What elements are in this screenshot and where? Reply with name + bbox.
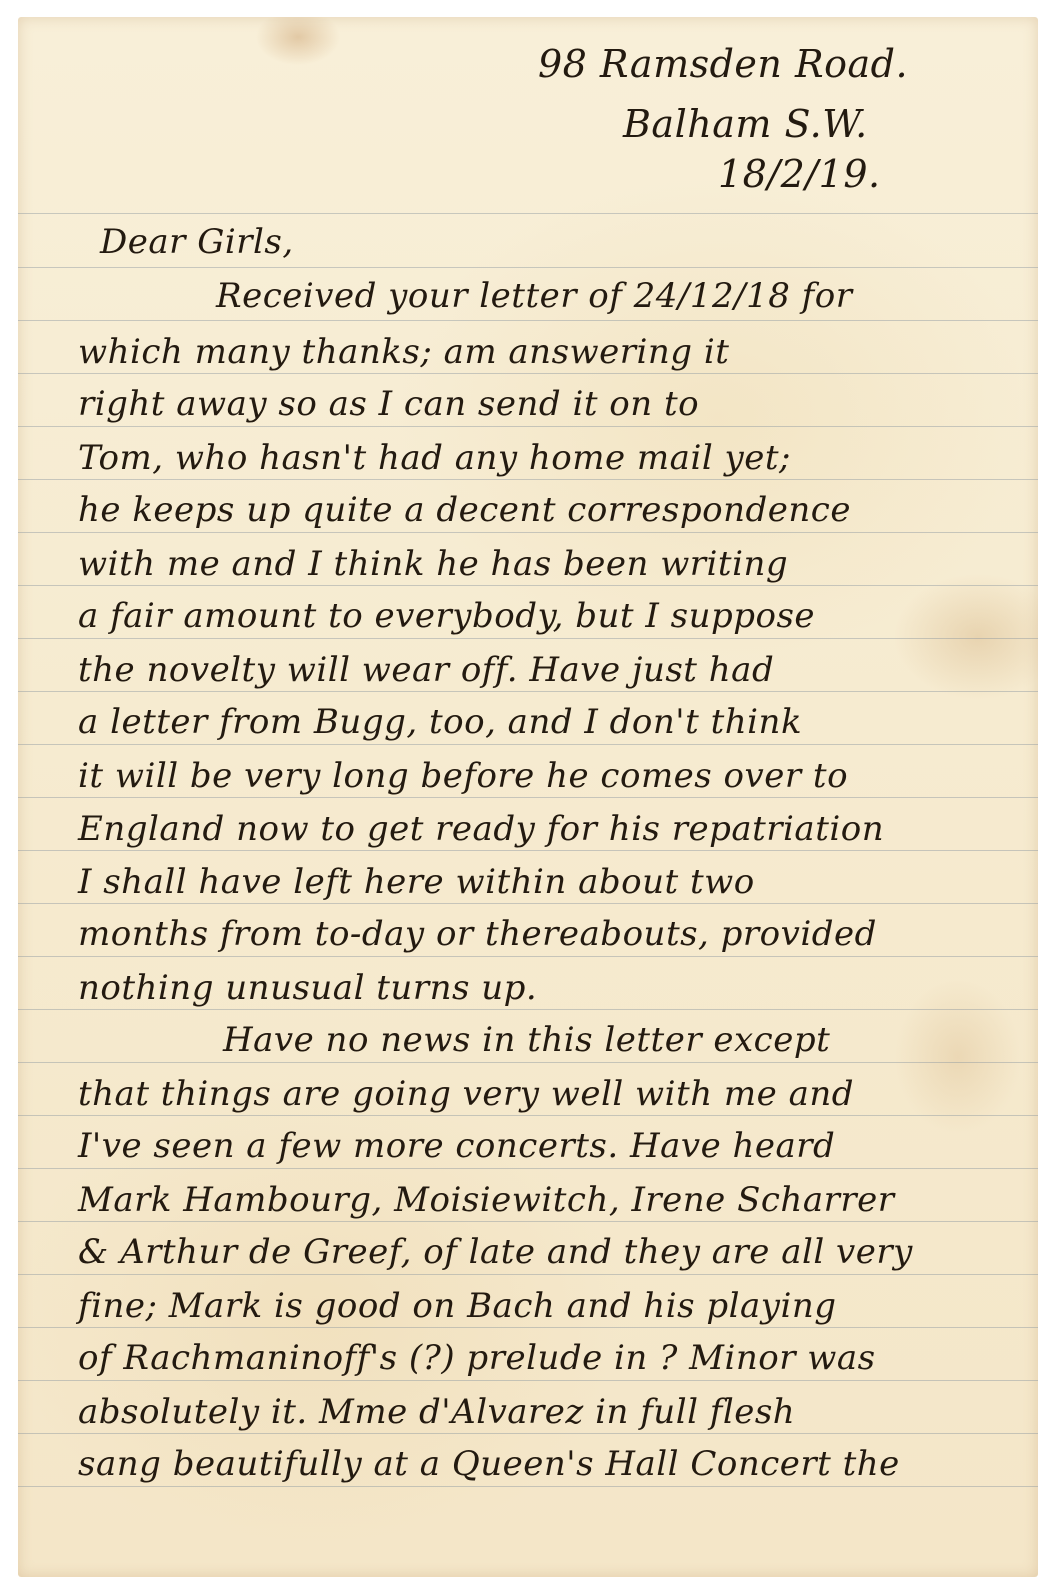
body-line: it will be very long before he comes ove… — [78, 759, 848, 793]
body-line: Have no news in this letter except — [223, 1023, 830, 1057]
ruled-line — [18, 320, 1038, 321]
body-line: with me and I think he has been writing — [78, 547, 788, 581]
ruled-line — [18, 744, 1038, 745]
address-line-2: Balham S.W. — [623, 105, 868, 143]
ruled-line — [18, 1062, 1038, 1063]
body-line: of Rachmaninoff's (?) prelude in ? Minor… — [78, 1341, 876, 1375]
body-line: he keeps up quite a decent correspondenc… — [78, 493, 851, 527]
body-line: right away so as I can send it on to — [78, 387, 699, 421]
ruled-line — [18, 903, 1038, 904]
ruled-line — [18, 956, 1038, 957]
ruled-line — [18, 532, 1038, 533]
body-line: nothing unusual turns up. — [78, 971, 537, 1005]
ruled-line — [18, 1115, 1038, 1116]
body-line: sang beautifully at a Queen's Hall Conce… — [78, 1447, 900, 1481]
body-line: a letter from Bugg, too, and I don't thi… — [78, 705, 802, 739]
body-line: England now to get ready for his repatri… — [78, 812, 884, 846]
body-line: fine; Mark is good on Bach and his playi… — [78, 1289, 837, 1323]
body-line: I shall have left here within about two — [78, 865, 755, 899]
body-line: Received your letter of 24/12/18 for — [216, 279, 852, 313]
ruled-line — [18, 585, 1038, 586]
ruled-line — [18, 426, 1038, 427]
ruled-line — [18, 1327, 1038, 1328]
ruled-line — [18, 1009, 1038, 1010]
body-line: Tom, who hasn't had any home mail yet; — [78, 441, 791, 475]
ruled-line — [18, 1433, 1038, 1434]
ruled-line — [18, 1221, 1038, 1222]
ruled-line — [18, 373, 1038, 374]
ruled-line — [18, 479, 1038, 480]
body-line: a fair amount to everybody, but I suppos… — [78, 599, 815, 633]
ruled-line — [18, 797, 1038, 798]
body-line: absolutely it. Mme d'Alvarez in full fle… — [78, 1395, 795, 1429]
body-line: the novelty will wear off. Have just had — [78, 653, 774, 687]
salutation: Dear Girls, — [100, 225, 294, 259]
letter-page: 98 Ramsden Road. Balham S.W. 18/2/19. De… — [18, 17, 1038, 1577]
body-line: that things are going very well with me … — [78, 1077, 854, 1111]
body-line: I've seen a few more concerts. Have hear… — [78, 1129, 835, 1163]
ruled-line — [18, 267, 1038, 268]
letter-date: 18/2/19. — [718, 155, 881, 193]
body-line: which many thanks; am answering it — [78, 335, 729, 369]
body-line: months from to-day or thereabouts, provi… — [78, 917, 877, 951]
ruled-line — [18, 638, 1038, 639]
ruled-line — [18, 691, 1038, 692]
ruled-line — [18, 213, 1038, 214]
ruled-line — [18, 1274, 1038, 1275]
body-line: Mark Hambourg, Moisiewitch, Irene Scharr… — [78, 1183, 894, 1217]
ruled-line — [18, 850, 1038, 851]
body-line: & Arthur de Greef, of late and they are … — [78, 1235, 913, 1269]
ruled-line — [18, 1380, 1038, 1381]
ruled-line — [18, 1168, 1038, 1169]
address-line-1: 98 Ramsden Road. — [538, 45, 908, 83]
ruled-line — [18, 1486, 1038, 1487]
